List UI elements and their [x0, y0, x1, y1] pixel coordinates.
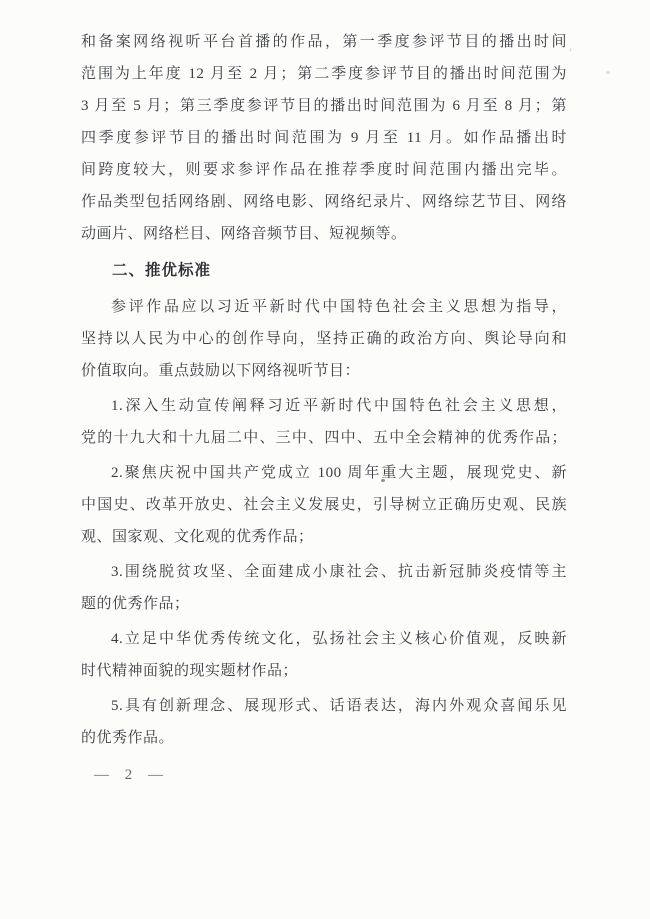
list-item-2: 2.聚焦庆祝中国共产党成立 100 周年重大主题，展现党史、新中国史、改革开放史… — [81, 457, 567, 553]
section-heading-criteria: 二、推优标准 — [81, 255, 567, 287]
list-item-5: 5.具有创新理念、展现形式、话语表达，海内外观众喜闻乐见的优秀作品。 — [81, 690, 567, 754]
text-line: 中国史、改革开放史、社会主义发展史，引导树立正确历史观、民族 — [81, 489, 567, 521]
text-line: 党的十九大和十九届二中、三中、四中、五中全会精神的优秀作品； — [81, 422, 567, 454]
text-line: 的优秀作品。 — [81, 722, 567, 754]
text-line: 参评作品应以习近平新时代中国特色社会主义思想为指导， — [81, 291, 567, 323]
text-line: 间跨度较大，则要求参评作品在推荐季度时间范围内播出完毕。 — [81, 154, 567, 186]
text-line: 2.聚焦庆祝中国共产党成立 100 周年重大主题，展现党史、新 — [81, 457, 567, 489]
paragraph-guiding-principles: 参评作品应以习近平新时代中国特色社会主义思想为指导，坚持以人民为中心的创作导向，… — [81, 291, 567, 387]
page-number: — 2 — — [81, 759, 567, 791]
list-item-4: 4.立足中华优秀传统文化，弘扬社会主义核心价值观，反映新时代精神面貌的现实题材作… — [81, 623, 567, 687]
scanned-document-page: { "page": { "background": "#fcfcfb", "te… — [0, 0, 650, 919]
list-item-1: 1.深入生动宣传阐释习近平新时代中国特色社会主义思想，党的十九大和十九届二中、三… — [81, 390, 567, 454]
text-line: 5.具有创新理念、展现形式、话语表达，海内外观众喜闻乐见 — [81, 690, 567, 722]
text-line: 和备案网络视听平台首播的作品，第一季度参评节目的播出时间 — [81, 26, 567, 58]
text-line: 坚持以人民为中心的创作导向，坚持正确的政治方向、舆论导向和 — [81, 323, 567, 355]
text-line: 价值取向。重点鼓励以下网络视听节目： — [81, 355, 567, 387]
text-line: 3.围绕脱贫攻坚、全面建成小康社会、抗击新冠肺炎疫情等主 — [81, 556, 567, 588]
document-body: 和备案网络视听平台首播的作品，第一季度参评节目的播出时间范围为上年度 12 月至… — [81, 26, 567, 754]
text-line: 动画片、网络栏目、网络音频节目、短视频等。 — [81, 218, 567, 250]
list-item-3: 3.围绕脱贫攻坚、全面建成小康社会、抗击新冠肺炎疫情等主题的优秀作品； — [81, 556, 567, 620]
text-line: 4.立足中华优秀传统文化，弘扬社会主义核心价值观，反映新 — [81, 623, 567, 655]
text-line: 时代精神面貌的现实题材作品； — [81, 655, 567, 687]
text-line: 范围为上年度 12 月至 2 月；第二季度参评节目的播出时间范围为 — [81, 58, 567, 90]
text-line: 四季度参评节目的播出时间范围为 9 月至 11 月。如作品播出时 — [81, 122, 567, 154]
text-line: 观、国家观、文化观的优秀作品； — [81, 521, 567, 553]
text-line: 作品类型包括网络剧、网络电影、网络纪录片、网络综艺节目、网络 — [81, 186, 567, 218]
page-sheet: 和备案网络视听平台首播的作品，第一季度参评节目的播出时间范围为上年度 12 月至… — [0, 0, 650, 791]
text-line: 3 月至 5 月；第三季度参评节目的播出时间范围为 6 月至 8 月；第 — [81, 90, 567, 122]
paragraph-broadcast-time-ranges: 和备案网络视听平台首播的作品，第一季度参评节目的播出时间范围为上年度 12 月至… — [81, 26, 567, 250]
text-line: 1.深入生动宣传阐释习近平新时代中国特色社会主义思想， — [81, 390, 567, 422]
text-line: 题的优秀作品； — [81, 588, 567, 620]
